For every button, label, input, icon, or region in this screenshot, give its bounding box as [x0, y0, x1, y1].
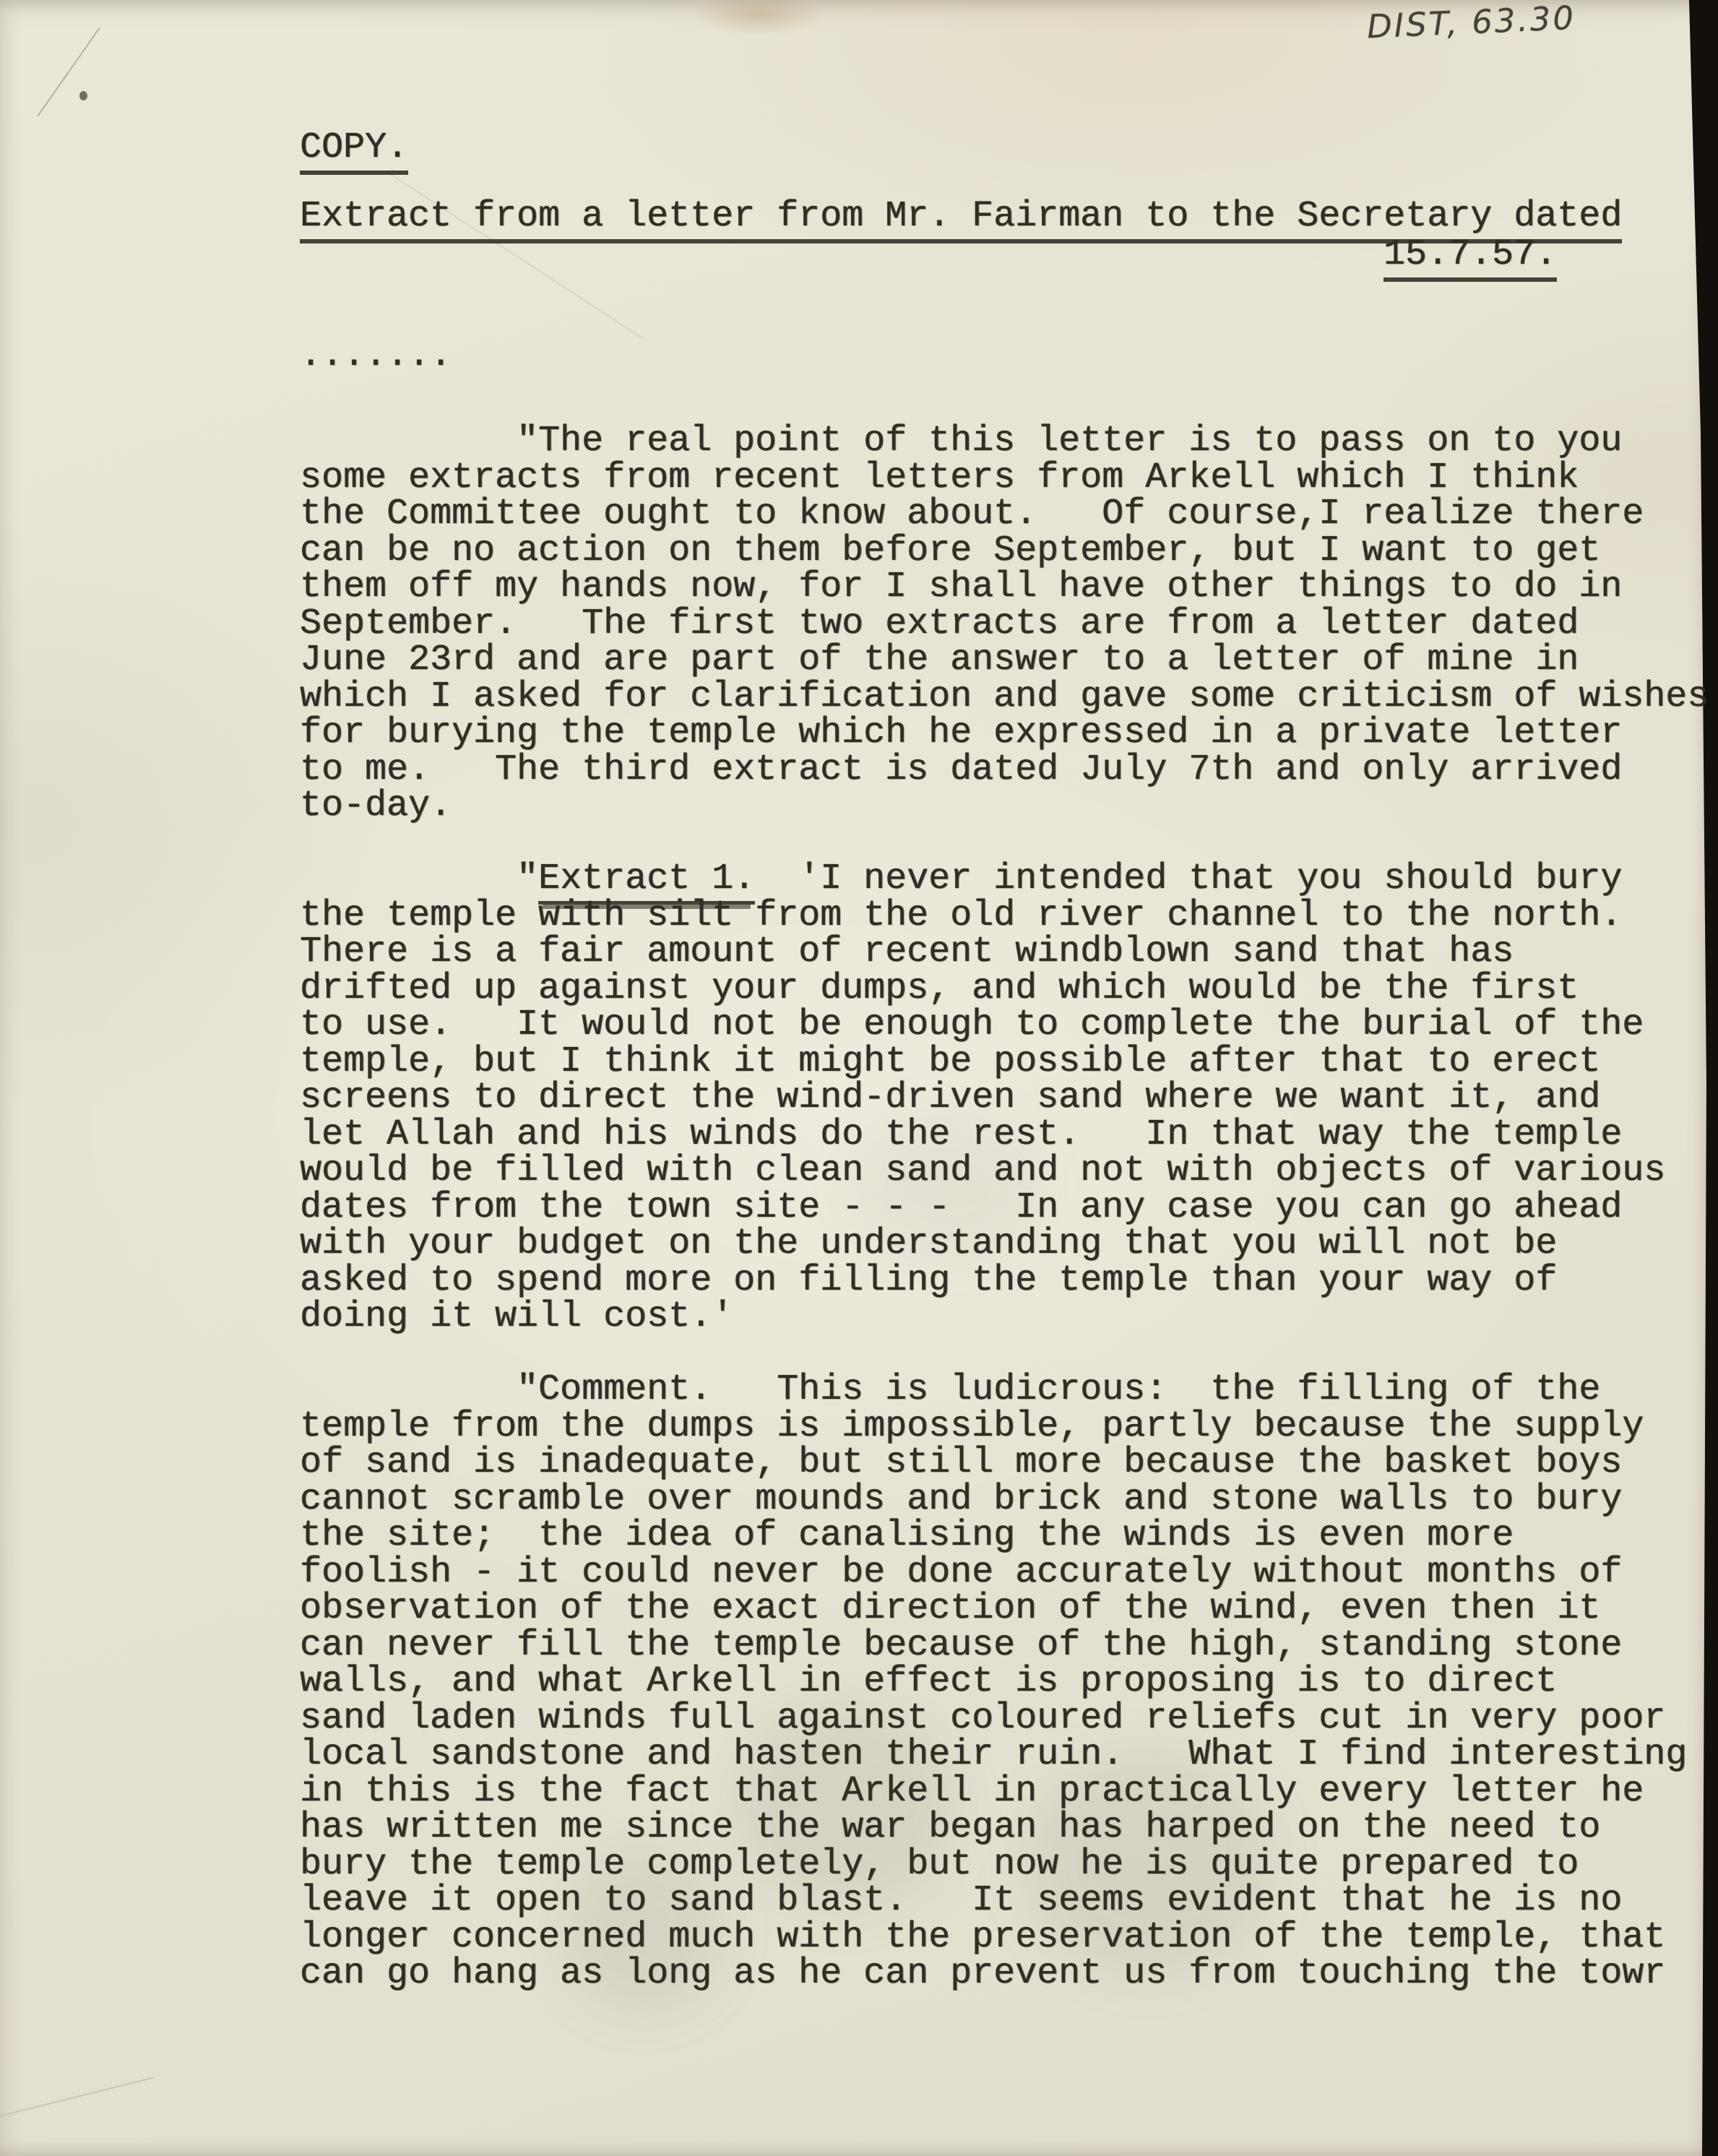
copy-label-text: COPY.	[300, 127, 408, 175]
copy-label: COPY.	[300, 130, 408, 167]
ink-speck	[79, 91, 87, 100]
paragraph-extract-1: "Extract 1. 'I never intended that you s…	[300, 861, 1665, 1336]
scanned-letter-screenshot: { "page": { "paper_color": "#e8e4d5", "i…	[0, 0, 1718, 2156]
paper-scratch	[37, 27, 100, 117]
paragraph-comment: "Comment. This is ludicrous: the filling…	[300, 1372, 1687, 1993]
ellipsis-line: .......	[300, 338, 452, 375]
paper-stain	[694, 0, 824, 35]
extract1-open-quote: "	[300, 858, 538, 900]
paragraph-intro: "The real point of this letter is to pas…	[300, 423, 1709, 825]
paper-crease-bottom	[0, 2077, 154, 2118]
title-date: 15.7.57.	[1384, 237, 1557, 274]
document-title: Extract from a letter from Mr. Fairman t…	[300, 199, 1622, 236]
extract1-text: 'I never intended that you should bury t…	[300, 858, 1665, 1337]
title-date-text: 15.7.57.	[1384, 234, 1557, 282]
